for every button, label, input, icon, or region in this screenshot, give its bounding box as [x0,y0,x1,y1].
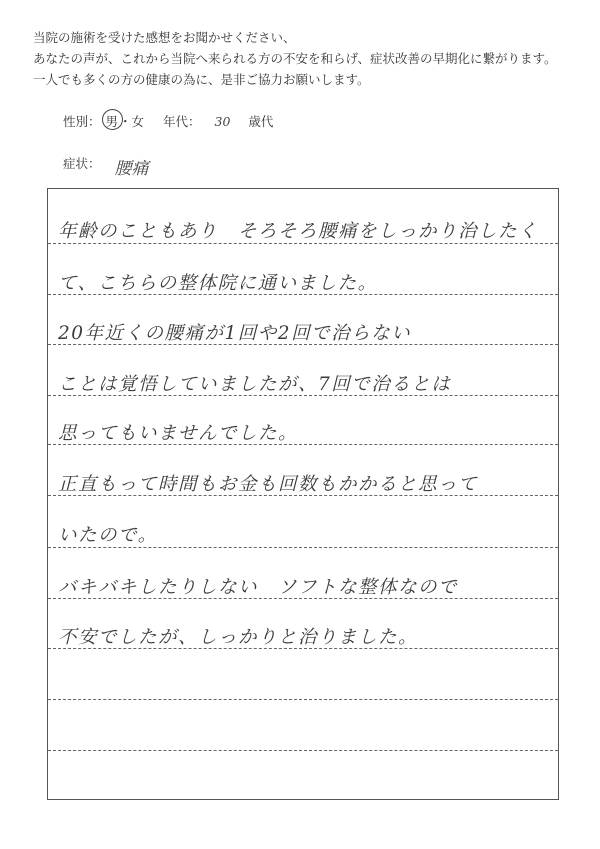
symptom-value: 腰痛 [115,159,149,179]
ruled-line [48,699,558,700]
age-field: 年代： 30 歳代 [163,112,273,130]
testimonial-line-2: て、こちらの整体院に通いました。 [58,269,378,295]
ruled-line [48,598,558,599]
ruled-line [48,243,558,244]
instruction-line-2: あなたの声が、これから当院へ来られる方の不安を和らげ、症状改善の早期化に繋がりま… [33,48,557,69]
instruction-line-1: 当院の施術を受けた感想をお聞かせください、 [33,27,557,48]
testimonial-line-3: 20年近くの腰痛が1回や2回で治らない [58,319,411,345]
ruled-line [48,750,558,751]
gender-label: 性別： [63,114,101,129]
testimonial-line-6: 正直もって時間もお金も回数もかかると思って [58,470,478,496]
testimonial-line-4: ことは覚悟していましたが、7回で治るとは [58,370,451,396]
testimonial-line-8: バキバキしたりしない ソフトな整体なので [58,573,458,599]
ruled-line [48,547,558,548]
testimonial-line-1: 年齢のこともあり そろそろ腰痛をしっかり治したく [58,217,538,243]
ruled-line [48,294,558,295]
symptom-label: 症状： [63,156,101,171]
age-label: 年代： [163,114,201,129]
testimonial-line-5: 思ってもいませんでした。 [58,419,298,445]
form-instructions: 当院の施術を受けた感想をお聞かせください、 あなたの声が、これから当院へ来られる… [33,27,557,90]
testimonial-box: 年齢のこともあり そろそろ腰痛をしっかり治したく て、こちらの整体院に通いました… [47,188,559,800]
ruled-line [48,344,558,345]
gender-option-male-circled: 男 [105,112,120,130]
gender-field: 性別： 男・女 [63,112,144,130]
ruled-line [48,444,558,445]
ruled-line [48,395,558,396]
ruled-line [48,648,558,649]
ruled-line [48,495,558,496]
gender-option-female: 女 [132,114,145,129]
age-suffix: 歳代 [248,114,273,129]
testimonial-line-9: 不安でしたが、しっかりと治りました。 [58,623,418,649]
age-value: 30 [215,114,231,129]
testimonial-line-7: いたので。 [58,521,158,547]
symptom-field: 症状： 腰痛 [63,148,149,173]
instruction-line-3: 一人でも多くの方の健康の為に、是非ご協力お願いします。 [33,69,557,90]
